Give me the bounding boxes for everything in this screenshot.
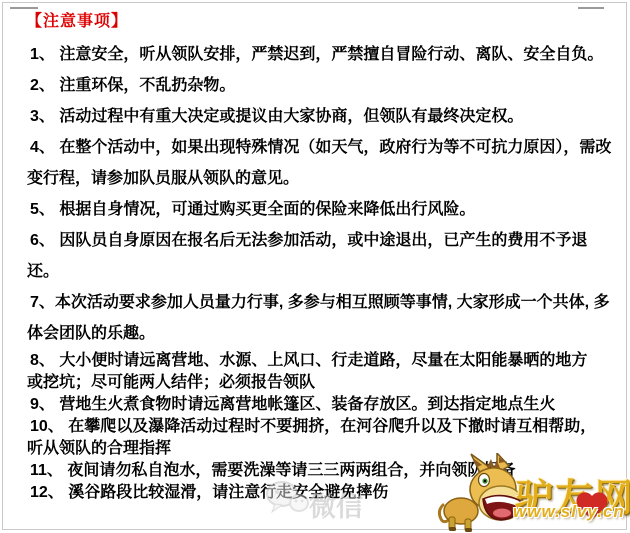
notice-item-6: 6、 因队员自身原因在报名后无法参加活动，或中途退出，已产生的费用不予退还。 xyxy=(27,225,612,287)
site-url-text: www.slvy.cn xyxy=(513,502,625,522)
notice-item-7: 7、本次活动要求参加人员量力行事, 多参与相互照顾等事情, 大家形成一个共体, … xyxy=(27,287,612,349)
site-watermark: 微信 xyxy=(265,453,630,533)
wechat-icon xyxy=(265,479,309,524)
wechat-label: 微信 xyxy=(309,485,363,524)
notice-item-4: 4、 在整个活动中，如果出现特殊情况（如天气，政府行为等不可抗力原因），需改变行… xyxy=(27,132,612,194)
notice-title: 【注意事项】 xyxy=(26,8,128,31)
top-right-border-dash xyxy=(578,7,604,9)
notice-item-5: 5、 根据自身情况，可通过购买更全面的保险来降低出行风险。 xyxy=(27,194,612,225)
notice-item-2: 2、 注重环保，不乱扔杂物。 xyxy=(27,70,612,101)
notice-item-3: 3、 活动过程中有重大决定或提议由大家协商，但领队有最终决定权。 xyxy=(27,101,612,132)
notice-item-8: 8、 大小便时请远离营地、水源、上风口、行走道路，尽量在太阳能暴晒的地方或挖坑；… xyxy=(27,350,599,394)
notice-list-primary: 1、 注意安全，听从领队安排，严禁迟到，严禁擅自冒险行动、离队、安全自负。 2、… xyxy=(27,39,612,349)
notice-item-9: 9、 营地生火煮食物时请远离营地帐篷区、装备存放区。到达指定地点生火 xyxy=(27,394,599,416)
notice-item-1: 1、 注意安全，听从领队安排，严禁迟到，严禁擅自冒险行动、离队、安全自负。 xyxy=(27,39,612,70)
